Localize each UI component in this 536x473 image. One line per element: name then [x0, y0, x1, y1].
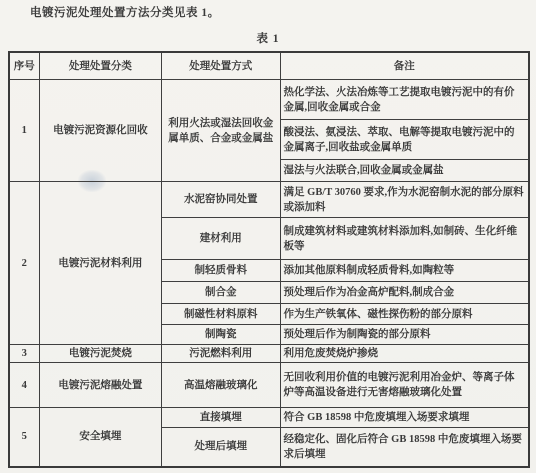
note-cell: 经稳定化、固化后符合 GB 18598 中危废填埋入场要求后填埋	[280, 428, 529, 467]
row-number-cell: 4	[9, 363, 39, 408]
method-cell: 利用火法或湿法回收金属单质、合金或金属盐	[162, 80, 280, 182]
category-cell: 电镀污泥焚烧	[39, 345, 161, 363]
method-cell: 污泥燃料利用	[162, 345, 280, 363]
row-number-cell: 1	[9, 80, 39, 182]
method-cell: 制磁性材料原料	[162, 304, 280, 325]
note-cell: 预处理后作为冶金高炉配料,制成合金	[280, 282, 529, 304]
category-cell: 电镀污泥材料利用	[39, 182, 161, 345]
col-header-no: 序号	[9, 52, 39, 80]
table-row: 4 电镀污泥熔融处置 高温熔融玻璃化 无回收利用价值的电镀污泥利用冶金炉、等离子…	[9, 363, 529, 408]
table-title: 表 1	[0, 30, 536, 46]
col-header-category: 处理处置分类	[39, 52, 161, 80]
table-row: 2 电镀污泥材料利用 水泥窑协同处置 满足 GB/T 30760 要求,作为水泥…	[9, 182, 529, 218]
header-row: 序号 处理处置分类 处理处置方式 备注	[9, 52, 529, 80]
note-cell: 利用危废焚烧炉掺烧	[280, 345, 529, 363]
classification-table: 序号 处理处置分类 处理处置方式 备注 1 电镀污泥资源化回收 利用火法或湿法回…	[8, 51, 530, 468]
note-cell: 制成建筑材料或建筑材料添加料,如制砖、生化纤维板等	[280, 218, 529, 260]
method-cell: 制轻质骨料	[162, 260, 280, 282]
row-number-cell: 2	[9, 182, 39, 345]
category-cell: 电镀污泥资源化回收	[39, 80, 161, 182]
note-cell: 无回收利用价值的电镀污泥利用冶金炉、等离子体炉等高温设备进行无害熔融玻璃化处置	[280, 363, 529, 408]
note-cell: 满足 GB/T 30760 要求,作为水泥窑制水泥的部分原料或添加料	[280, 182, 529, 218]
note-cell: 添加其他原料制成轻质骨料,如陶粒等	[280, 260, 529, 282]
category-cell: 安全填埋	[39, 408, 161, 467]
note-cell: 酸浸法、氨浸法、萃取、电解等提取电镀污泥中的金属离子,回收盐或金属单质	[280, 120, 529, 160]
method-cell: 建材利用	[162, 218, 280, 260]
table-row: 3 电镀污泥焚烧 污泥燃料利用 利用危废焚烧炉掺烧	[9, 345, 529, 363]
row-number-cell: 3	[9, 345, 39, 363]
table-row: 5 安全填埋 直接填埋 符合 GB 18598 中危废填埋入场要求填埋	[9, 408, 529, 428]
col-header-method: 处理处置方式	[162, 52, 280, 80]
note-cell: 预处理后作为制陶瓷的部分原料	[280, 325, 529, 345]
note-cell: 湿法与火法联合,回收金属或金属盐	[280, 160, 529, 182]
note-cell: 热化学法、火法冶炼等工艺提取电镀污泥中的有价金属,回收金属或合金	[280, 80, 529, 120]
table-row: 1 电镀污泥资源化回收 利用火法或湿法回收金属单质、合金或金属盐 热化学法、火法…	[9, 80, 529, 120]
method-cell: 处理后填埋	[162, 428, 280, 467]
col-header-note: 备注	[280, 52, 529, 80]
method-cell: 制陶瓷	[162, 325, 280, 345]
note-cell: 符合 GB 18598 中危废填埋入场要求填埋	[280, 408, 529, 428]
note-cell: 作为生产铁氧体、磁性探伤粉的部分原料	[280, 304, 529, 325]
method-cell: 水泥窑协同处置	[162, 182, 280, 218]
method-cell: 直接填埋	[162, 408, 280, 428]
method-cell: 制合金	[162, 282, 280, 304]
document-page: 电镀污泥处理处置方法分类见表 1。 表 1 序号 处理处置分类 处理处置方式 备…	[0, 0, 536, 473]
row-number-cell: 5	[9, 408, 39, 467]
category-cell: 电镀污泥熔融处置	[39, 363, 161, 408]
method-cell: 高温熔融玻璃化	[162, 363, 280, 408]
intro-paragraph: 电镀污泥处理处置方法分类见表 1。	[30, 4, 220, 20]
